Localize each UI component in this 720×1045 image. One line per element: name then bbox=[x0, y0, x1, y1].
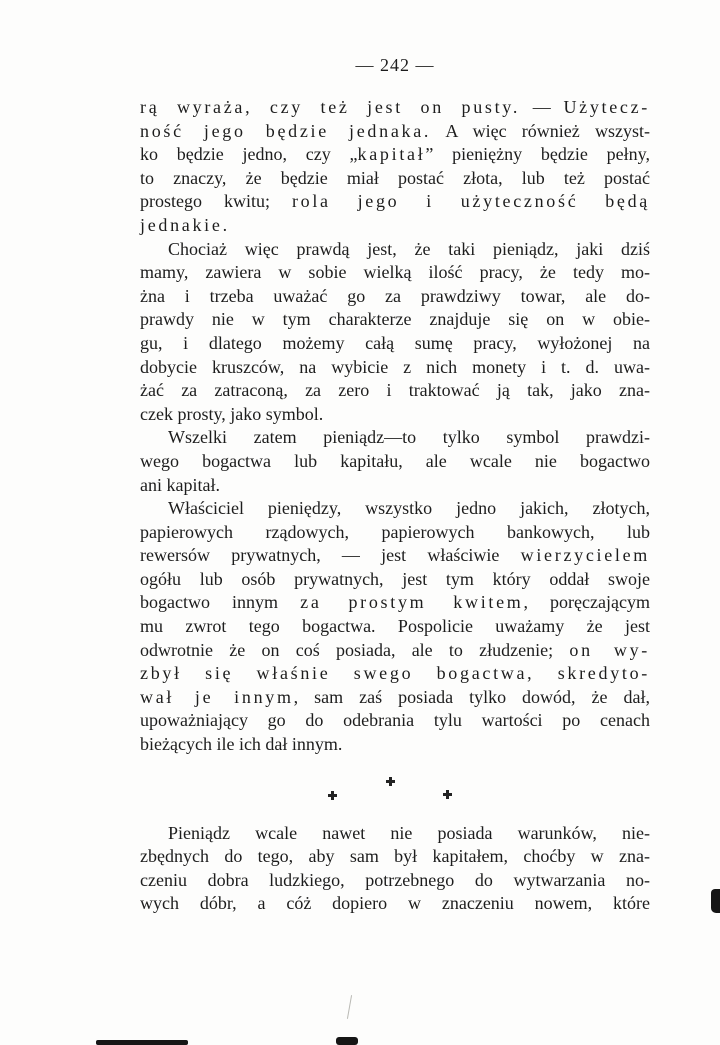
page-number: — 242 — bbox=[140, 55, 650, 76]
maltese-cross-icon bbox=[386, 777, 395, 786]
body-text: rewersów prywatnych, — jest właściwie bbox=[140, 545, 521, 565]
body-text: Właściciel pieniędzy, wszystko jedno jak… bbox=[168, 498, 650, 518]
scan-artifact bbox=[347, 995, 352, 1019]
body-text: , sam zaś posiada tylko dowód, że dał, bbox=[294, 687, 650, 707]
emphasized-text: Użytecz- bbox=[563, 97, 650, 117]
emphasized-text: wał je innym bbox=[140, 687, 294, 707]
text-line: papierowych rządowych, papierowych banko… bbox=[140, 521, 650, 545]
text-line: mamy, zawiera w sobie wielką ilość pracy… bbox=[140, 261, 650, 285]
text-line: ność jego będzie jednaka. A więc również… bbox=[140, 120, 650, 144]
body-text: A więc również wszyst- bbox=[431, 121, 650, 141]
text-line: upoważniający go do odebrania tylu warto… bbox=[140, 709, 650, 733]
body-text: prawdy nie w tym charakterze znajduje si… bbox=[140, 309, 650, 329]
body-text: dobycie kruszców, na wybicie z nich mone… bbox=[140, 357, 650, 377]
body-text: Chociaż więc prawdą jest, że taki pienią… bbox=[168, 239, 650, 259]
emphasized-text: jednakie. bbox=[140, 215, 230, 235]
body-text: żna i trzeba uważać go za prawdziwy towa… bbox=[140, 286, 650, 306]
text-line: zbył się właśnie swego bogactwa, skredyt… bbox=[140, 662, 650, 686]
body-text: ani kapitał. bbox=[140, 475, 220, 495]
body-text: czeniu dobra ludzkiego, potrzebnego do w… bbox=[140, 870, 650, 890]
text-line: gu, i dlatego możemy całą sumę pracy, wy… bbox=[140, 332, 650, 356]
scan-artifact bbox=[96, 1040, 188, 1045]
text-line: Chociaż więc prawdą jest, że taki pienią… bbox=[140, 238, 650, 262]
scanned-book-page: { "document": { "page_number": "— 242 —"… bbox=[0, 0, 720, 1045]
text-line: Pieniądz wcale nawet nie posiada warunkó… bbox=[140, 822, 650, 846]
body-text: wych dóbr, a cóż dopiero w znaczeniu now… bbox=[140, 893, 650, 913]
body-text: ogółu lub osób prywatnych, jest tym któr… bbox=[140, 569, 650, 589]
text-line: zbędnych do tego, aby sam był kapitałem,… bbox=[140, 845, 650, 869]
text-line: bieżących ile ich dał innym. bbox=[140, 733, 650, 757]
text-line: żna i trzeba uważać go za prawdziwy towa… bbox=[140, 285, 650, 309]
body-text: papierowych rządowych, papierowych banko… bbox=[140, 522, 650, 542]
body-text: — bbox=[520, 97, 563, 117]
section-separator bbox=[140, 757, 650, 822]
maltese-cross-icon bbox=[443, 790, 452, 799]
text-line: ani kapitał. bbox=[140, 474, 650, 498]
body-text: żać za zatraconą, za zero i traktować ją… bbox=[140, 380, 650, 400]
text-line: rą wyraża, czy też jest on pusty. — Użyt… bbox=[140, 96, 650, 120]
text-line: rewersów prywatnych, — jest właściwie wi… bbox=[140, 544, 650, 568]
text-line: bogactwo innym za prostym kwitem, poręcz… bbox=[140, 591, 650, 615]
emphasized-text: rola jego i użyteczność będą bbox=[292, 191, 650, 211]
text-line: wych dóbr, a cóż dopiero w znaczeniu now… bbox=[140, 892, 650, 916]
text-block: rą wyraża, czy też jest on pusty. — Użyt… bbox=[140, 96, 650, 916]
emphasized-text: za prostym kwitem bbox=[300, 592, 523, 612]
body-text: Pieniądz wcale nawet nie posiada warunkó… bbox=[168, 823, 650, 843]
body-text: bieżących ile ich dał innym. bbox=[140, 734, 342, 754]
body-text: czek prosty, jako symbol. bbox=[140, 404, 323, 424]
text-line: prawdy nie w tym charakterze znajduje si… bbox=[140, 308, 650, 332]
text-line: czeniu dobra ludzkiego, potrzebnego do w… bbox=[140, 869, 650, 893]
text-line: czek prosty, jako symbol. bbox=[140, 403, 650, 427]
emphasized-text: kapitał bbox=[358, 144, 426, 164]
emphasized-text: on wy- bbox=[569, 640, 650, 660]
text-line: wego bogactwa lub kapitału, ale wcale ni… bbox=[140, 450, 650, 474]
scan-artifact bbox=[336, 1037, 358, 1045]
text-line: jednakie. bbox=[140, 214, 650, 238]
body-text: wego bogactwa lub kapitału, ale wcale ni… bbox=[140, 451, 650, 471]
text-line: ogółu lub osób prywatnych, jest tym któr… bbox=[140, 568, 650, 592]
emphasized-text: rą wyraża, czy też jest on pusty. bbox=[140, 97, 520, 117]
text-line: mu zwrot tego bogactwa. Pospolicie uważa… bbox=[140, 615, 650, 639]
scan-artifact bbox=[711, 889, 720, 913]
text-line: ko będzie jedno, czy „kapitał” pieniężny… bbox=[140, 143, 650, 167]
body-text: prostego kwitu; bbox=[140, 191, 292, 211]
text-line: wał je innym, sam zaś posiada tylko dowó… bbox=[140, 686, 650, 710]
body-text: Wszelki zatem pieniądz—to tylko symbol p… bbox=[168, 427, 650, 447]
text-line: Właściciel pieniędzy, wszystko jedno jak… bbox=[140, 497, 650, 521]
text-line: prostego kwitu; rola jego i użyteczność … bbox=[140, 190, 650, 214]
body-text: , poręczającym bbox=[523, 592, 650, 612]
body-text: zbędnych do tego, aby sam był kapitałem,… bbox=[140, 846, 650, 866]
body-text: upoważniający go do odebrania tylu warto… bbox=[140, 710, 650, 730]
body-text: odwrotnie że on coś posiada, ale to złud… bbox=[140, 640, 569, 660]
body-text: ko będzie jedno, czy „ bbox=[140, 144, 358, 164]
maltese-cross-icon bbox=[328, 791, 337, 800]
text-line: dobycie kruszców, na wybicie z nich mone… bbox=[140, 356, 650, 380]
body-text: bogactwo innym bbox=[140, 592, 300, 612]
body-text: gu, i dlatego możemy całą sumę pracy, wy… bbox=[140, 333, 650, 353]
text-line: odwrotnie że on coś posiada, ale to złud… bbox=[140, 639, 650, 663]
emphasized-text: ność jego będzie jednaka. bbox=[140, 121, 431, 141]
body-text: mu zwrot tego bogactwa. Pospolicie uważa… bbox=[140, 616, 650, 636]
body-text: mamy, zawiera w sobie wielką ilość pracy… bbox=[140, 262, 650, 282]
text-line: Wszelki zatem pieniądz—to tylko symbol p… bbox=[140, 426, 650, 450]
emphasized-text: wierzycielem bbox=[521, 545, 650, 565]
text-line: żać za zatraconą, za zero i traktować ją… bbox=[140, 379, 650, 403]
body-text: ” pieniężny będzie pełny, bbox=[425, 144, 650, 164]
body-text: to znaczy, że będzie miał postać złota, … bbox=[140, 168, 650, 188]
text-line: to znaczy, że będzie miał postać złota, … bbox=[140, 167, 650, 191]
emphasized-text: zbył się właśnie swego bogactwa, skredyt… bbox=[140, 663, 650, 683]
